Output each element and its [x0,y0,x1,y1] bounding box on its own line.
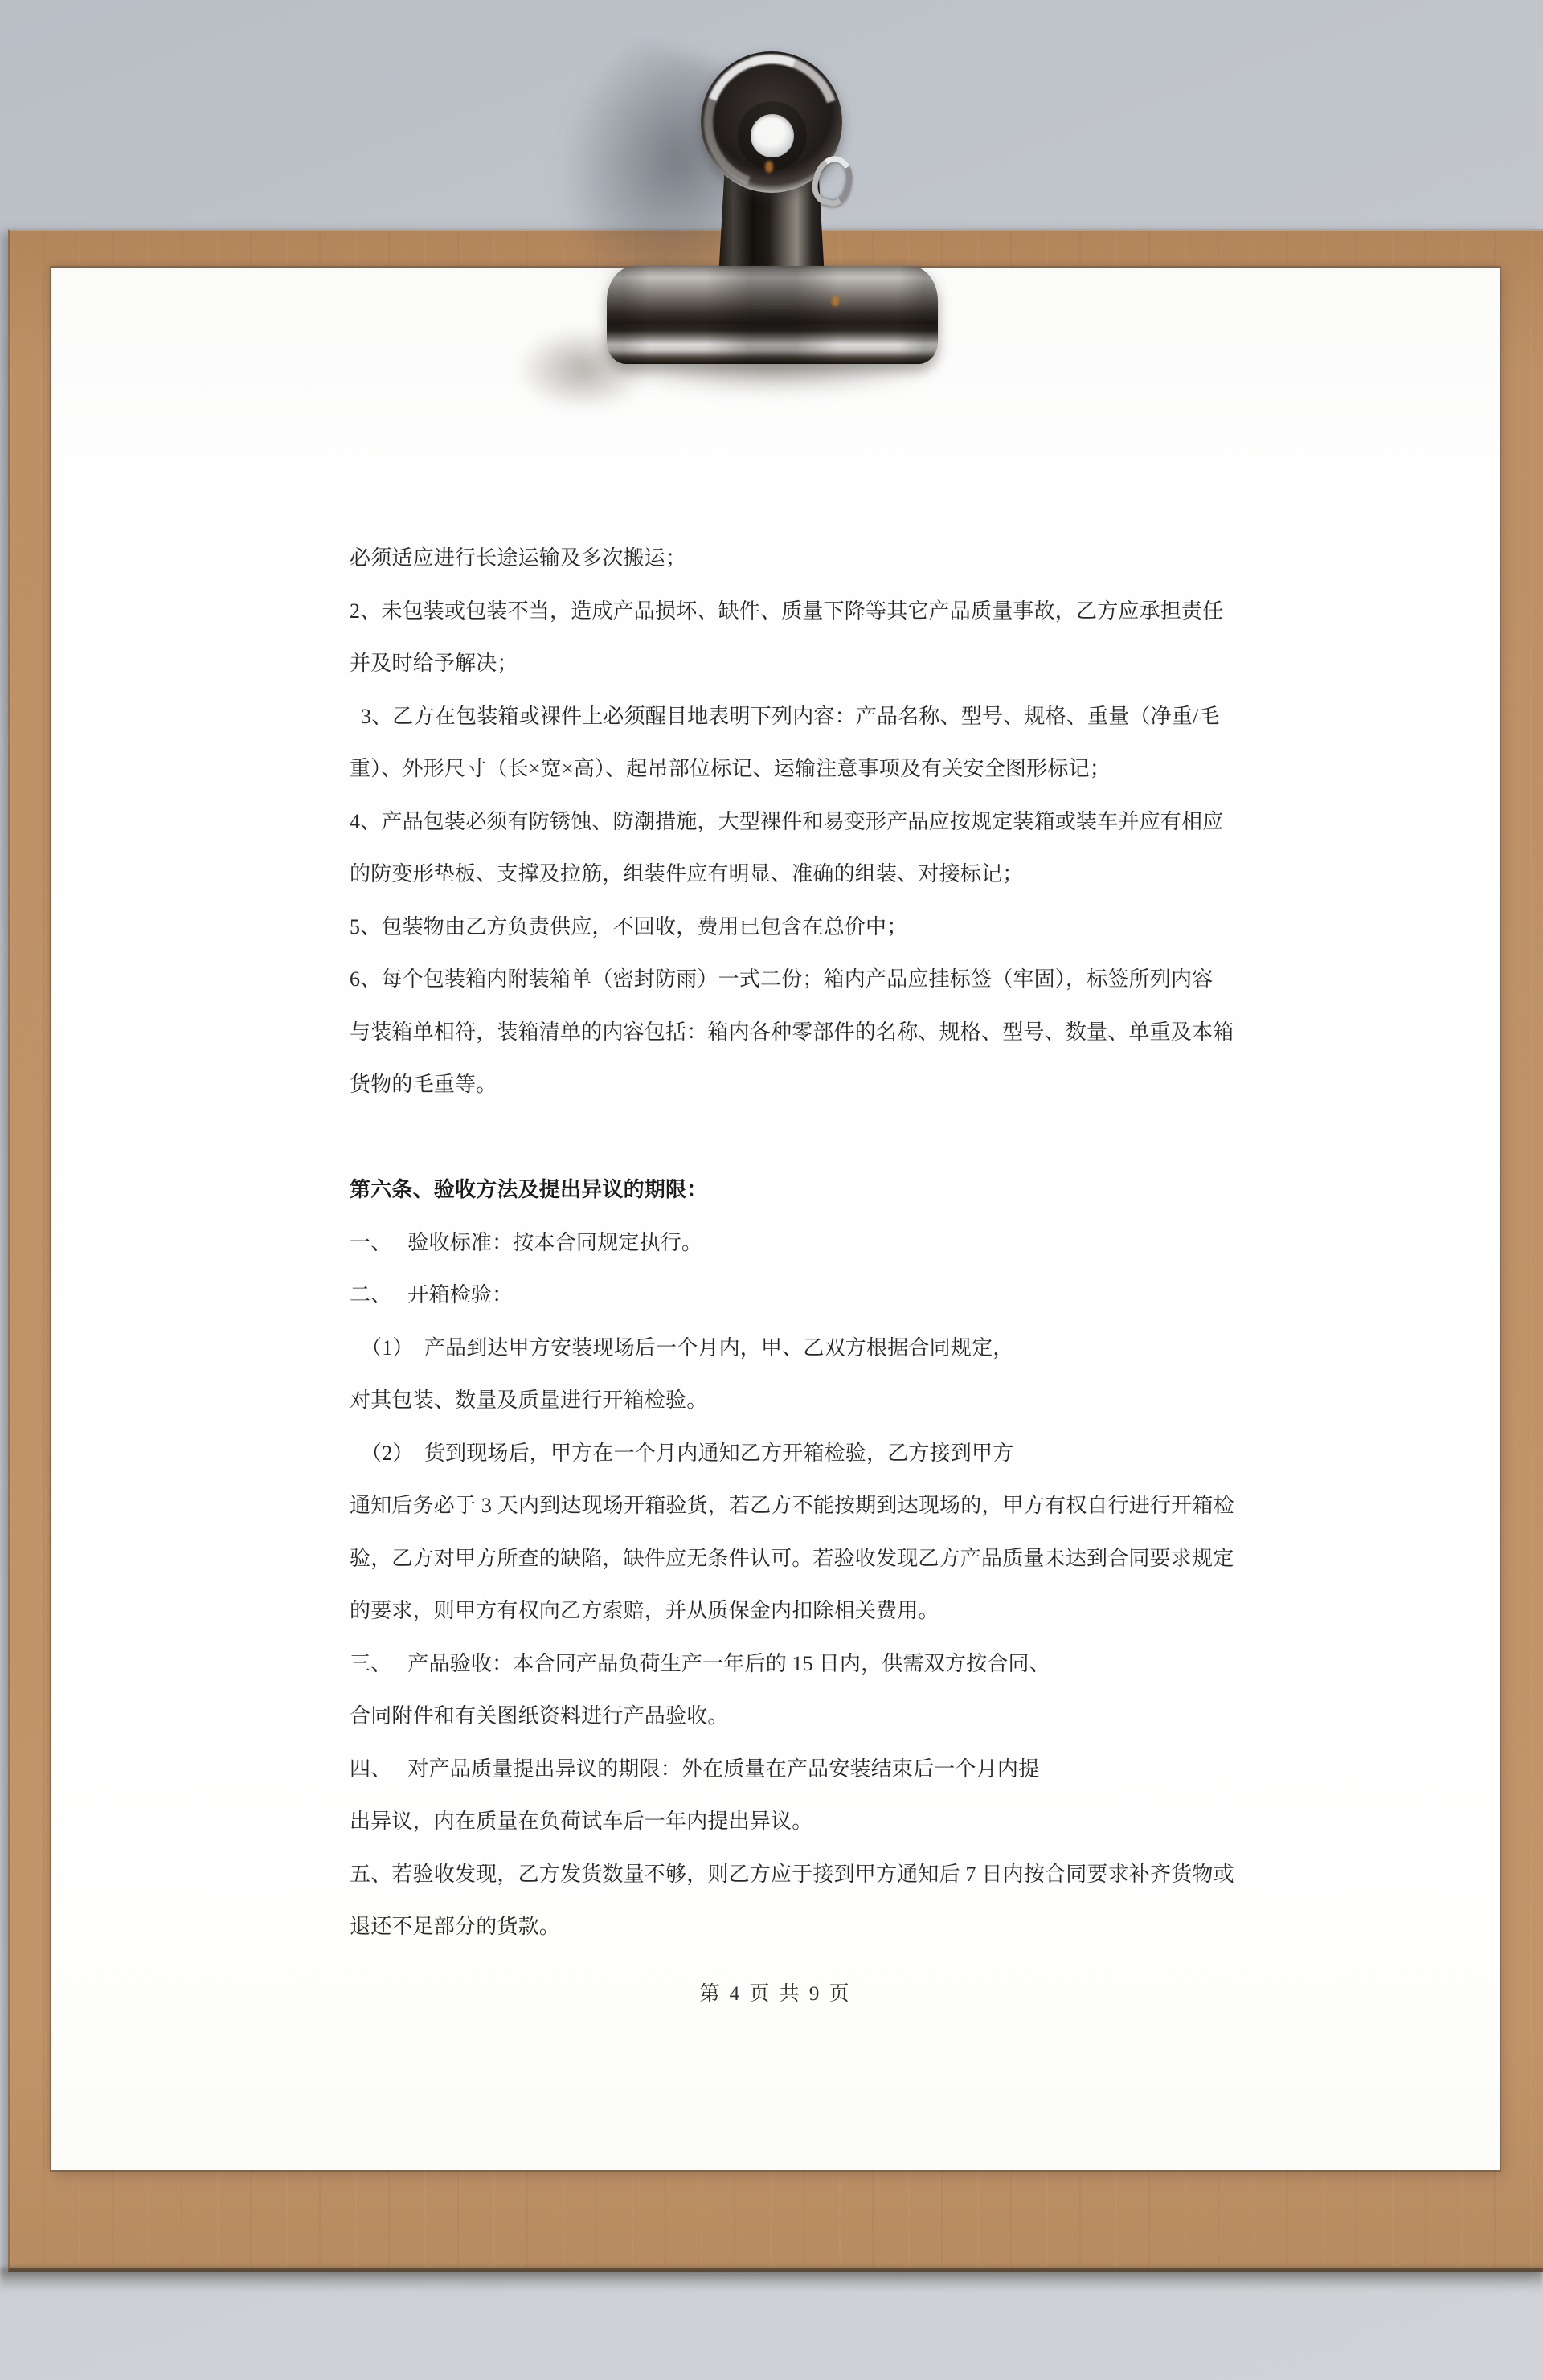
clipboard-bottom-shadow [0,2268,1543,2292]
document-body: 必须适应进行长途运输及多次搬运；2、未包装或包装不当，造成产品损坏、缺件、质量下… [350,532,1214,1953]
document-line: 一、 验收标准：按本合同规定执行。 [350,1217,1214,1270]
document-line: 通知后务必于 3 天内到达现场开箱验货，若乙方不能按期到达现场的，甲方有权自行进… [350,1479,1214,1532]
binder-clip-ring-hole [751,114,794,157]
document-line: 合同附件和有关图纸资料进行产品验收。 [350,1690,1214,1743]
document-line: 2、未包装或包装不当，造成产品损坏、缺件、质量下降等其它产品质量事故，乙方应承担… [350,585,1214,638]
document-line: 6、每个包装箱内附装箱单（密封防雨）一式二份；箱内产品应挂标签（牢固），标签所列… [350,953,1214,1006]
contract-page: 必须适应进行长途运输及多次搬运；2、未包装或包装不当，造成产品损坏、缺件、质量下… [51,268,1500,2170]
document-line: 货物的毛重等。 [350,1058,1214,1111]
document-line: 与装箱单相符，装箱清单的内容包括：箱内各种零部件的名称、规格、型号、数量、单重及… [350,1006,1214,1059]
document-line: 5、包装物由乙方负责供应，不回收，费用已包含在总价中； [350,901,1214,954]
document-line: 出异议，内在质量在负荷试车后一年内提出异议。 [350,1795,1214,1848]
document-line: 五、若验收发现，乙方发货数量不够，则乙方应于接到甲方通知后 7 日内按合同要求补… [350,1848,1214,1901]
document-line: （1） 产品到达甲方安装现场后一个月内，甲、乙双方根据合同规定， [350,1322,1214,1375]
document-line: （2） 货到现场后，甲方在一个月内通知乙方开箱检验，乙方接到甲方 [350,1427,1214,1480]
scene: 必须适应进行长途运输及多次搬运；2、未包装或包装不当，造成产品损坏、缺件、质量下… [0,0,1543,2380]
metal-glint [765,161,773,173]
document-line: 必须适应进行长途运输及多次搬运； [350,532,1214,585]
document-line: 验，乙方对甲方所查的缺陷，缺件应无条件认可。若验收发现乙方产品质量未达到合同要求… [350,1532,1214,1585]
document-line: 二、 开箱检验： [350,1269,1214,1322]
document-line: 对其包装、数量及质量进行开箱检验。 [350,1374,1214,1427]
section-heading: 第六条、验收方法及提出异议的期限： [350,1163,1214,1217]
document-line: 重）、外形尺寸（长×宽×高）、起吊部位标记、运输注意事项及有关安全图形标记； [350,742,1214,795]
binder-clip-bar [607,266,938,364]
document-line: 3、乙方在包装箱或裸件上必须醒目地表明下列内容：产品名称、型号、规格、重量（净重… [350,690,1214,743]
document-line: 的要求，则甲方有权向乙方索赔，并从质保金内扣除相关费用。 [350,1585,1214,1638]
document-line: 三、 产品验收：本合同产品负荷生产一年后的 15 日内，供需双方按合同、 [350,1638,1214,1691]
document-line: 四、 对产品质量提出异议的期限：外在质量在产品安装结束后一个月内提 [350,1743,1214,1796]
document-line: 4、产品包装必须有防锈蚀、防潮措施，大型裸件和易变形产品应按规定装箱或装车并应有… [350,795,1214,849]
page-number-footer: 第 4 页 共 9 页 [51,1977,1500,2030]
metal-glint [832,296,839,306]
document-line: 并及时给予解决； [350,637,1214,690]
document-line: 退还不足部分的货款。 [350,1900,1214,1953]
document-line [350,1111,1214,1164]
document-line: 的防变形垫板、支撑及拉筋，组装件应有明显、准确的组装、对接标记； [350,848,1214,901]
